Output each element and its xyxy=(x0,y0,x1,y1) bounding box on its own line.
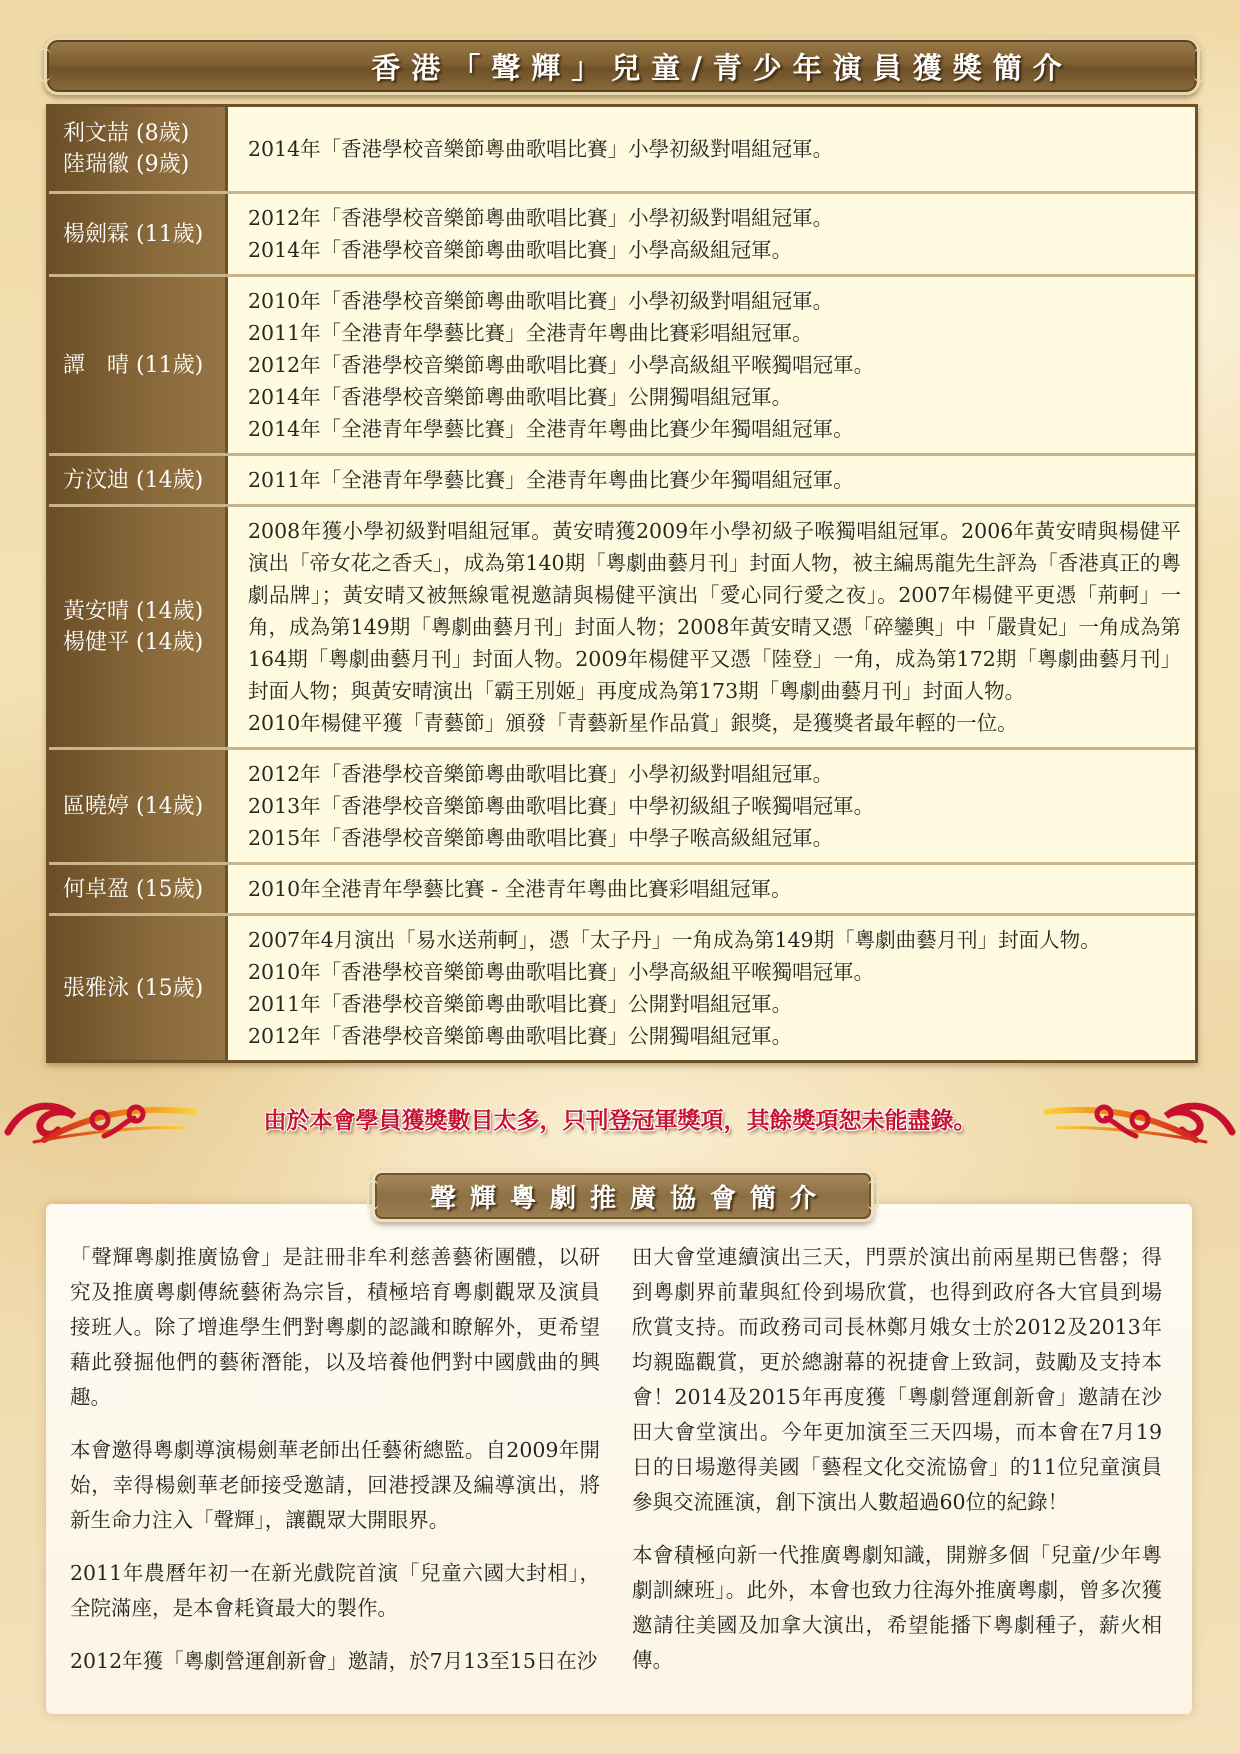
performer-name: 譚 晴 (11歲) xyxy=(63,350,225,381)
table-row: 譚 晴 (11歲) 2010年「香港學校音樂節粵曲歌唱比賽」小學初級對唱組冠軍。… xyxy=(49,274,1195,453)
table-row: 區曉婷 (14歲) 2012年「香港學校音樂節粵曲歌唱比賽」小學初級對唱組冠軍。… xyxy=(49,747,1195,862)
table-row: 黃安晴 (14歲) 楊健平 (14歲) 2008年獲小學初級對唱組冠軍。黃安晴獲… xyxy=(49,504,1195,747)
performer-name: 利文喆 (8歲) xyxy=(63,118,225,149)
award-list-cell: 2010年全港青年學藝比賽 - 全港青年粵曲比賽彩唱組冠軍。 xyxy=(225,865,1195,913)
notice-banner: 由於本會學員獲獎數目太多，只刊登冠軍獎項，其餘獎項恕未能盡錄。 xyxy=(0,1090,1240,1146)
performer-name: 方汶迪 (14歲) xyxy=(63,465,225,496)
award-item: 2014年「香港學校音樂節粵曲歌唱比賽」公開獨唱組冠軍。 xyxy=(248,381,1181,413)
award-item: 2012年「香港學校音樂節粵曲歌唱比賽」小學初級對唱組冠軍。 xyxy=(248,758,1181,790)
award-item: 2014年「香港學校音樂節粵曲歌唱比賽」小學高級組冠軍。 xyxy=(248,234,1181,266)
awards-title-banner: 香港「聲輝」兒童/青少年演員獲獎簡介 xyxy=(44,37,1200,95)
about-column-right: 田大會堂連續演出三天，門票於演出前兩星期已售罄；得到粵劇界前輩與紅伶到場欣賞，也… xyxy=(632,1240,1162,1696)
performer-name: 楊劍霖 (11歲) xyxy=(63,219,225,250)
table-row: 楊劍霖 (11歲) 2012年「香港學校音樂節粵曲歌唱比賽」小學初級對唱組冠軍。… xyxy=(49,191,1195,274)
about-paragraph: 本會邀得粵劇導演楊劍華老師出任藝術總監。自2009年開始，幸得楊劍華老師接受邀請… xyxy=(70,1433,600,1538)
table-row: 何卓盈 (15歲) 2010年全港青年學藝比賽 - 全港青年粵曲比賽彩唱組冠軍。 xyxy=(49,862,1195,913)
award-list-cell: 2012年「香港學校音樂節粵曲歌唱比賽」小學初級對唱組冠軍。 2013年「香港學… xyxy=(225,750,1195,862)
award-list-cell: 2008年獲小學初級對唱組冠軍。黃安晴獲2009年小學初級子喉獨唱組冠軍。200… xyxy=(225,507,1195,747)
award-item: 2015年「香港學校音樂節粵曲歌唱比賽」中學子喉高級組冠軍。 xyxy=(248,822,1181,854)
award-list-cell: 2014年「香港學校音樂節粵曲歌唱比賽」小學初級對唱組冠軍。 xyxy=(225,107,1195,191)
award-item: 2013年「香港學校音樂節粵曲歌唱比賽」中學初級組子喉獨唱冠軍。 xyxy=(248,790,1181,822)
performer-name-cell: 譚 晴 (11歲) xyxy=(49,277,225,453)
about-column-left: 「聲輝粵劇推廣協會」是註冊非牟利慈善藝術團體，以研究及推廣粵劇傳統藝術為宗旨，積… xyxy=(70,1240,600,1697)
award-list-cell: 2007年4月演出「易水送荊軻」，憑「太子丹」一角成為第149期「粵劇曲藝月刊」… xyxy=(225,916,1195,1060)
section-title: 聲輝粵劇推廣協會簡介 xyxy=(416,1178,830,1215)
performer-name-cell: 張雅泳 (15歲) xyxy=(49,916,225,1060)
notice-text: 由於本會學員獲獎數目太多，只刊登冠軍獎項，其餘獎項恕未能盡錄。 xyxy=(264,1102,977,1135)
performer-name-cell: 方汶迪 (14歲) xyxy=(49,456,225,504)
award-item: 2010年「香港學校音樂節粵曲歌唱比賽」小學高級組平喉獨唱冠軍。 xyxy=(248,956,1181,988)
performer-name: 區曉婷 (14歲) xyxy=(63,791,225,822)
performer-name-cell: 利文喆 (8歲) 陸瑞徽 (9歲) xyxy=(49,107,225,191)
performer-name-cell: 黃安晴 (14歲) 楊健平 (14歲) xyxy=(49,507,225,747)
about-paragraph: 本會積極向新一代推廣粵劇知識，開辦多個「兒童/少年粵劇訓練班」。此外，本會也致力… xyxy=(632,1538,1162,1678)
auspicious-cloud-icon xyxy=(4,1092,204,1146)
performer-name: 何卓盈 (15歲) xyxy=(63,874,225,905)
about-paragraph: 2012年獲「粵劇營運創新會」邀請，於7月13至15日在沙 xyxy=(70,1644,600,1679)
award-item: 2014年「香港學校音樂節粵曲歌唱比賽」小學初級對唱組冠軍。 xyxy=(248,133,1181,165)
award-item: 2014年「全港青年學藝比賽」全港青年粵曲比賽少年獨唱組冠軍。 xyxy=(248,413,1181,445)
award-item: 2010年楊健平獲「青藝節」頒發「青藝新星作品賞」銀獎，是獲獎者最年輕的一位。 xyxy=(248,707,1181,739)
about-paragraph: 「聲輝粵劇推廣協會」是註冊非牟利慈善藝術團體，以研究及推廣粵劇傳統藝術為宗旨，積… xyxy=(70,1240,600,1415)
table-row: 利文喆 (8歲) 陸瑞徽 (9歲) 2014年「香港學校音樂節粵曲歌唱比賽」小學… xyxy=(49,107,1195,191)
performer-name: 楊健平 (14歲) xyxy=(63,627,225,658)
award-item: 2008年獲小學初級對唱組冠軍。黃安晴獲2009年小學初級子喉獨唱組冠軍。200… xyxy=(248,515,1181,707)
about-paragraph: 2011年農曆年初一在新光戲院首演「兒童六國大封相」，全院滿座，是本會耗資最大的… xyxy=(70,1556,600,1626)
awards-table: 利文喆 (8歲) 陸瑞徽 (9歲) 2014年「香港學校音樂節粵曲歌唱比賽」小學… xyxy=(46,104,1198,1063)
auspicious-cloud-icon xyxy=(1036,1092,1236,1146)
table-row: 張雅泳 (15歲) 2007年4月演出「易水送荊軻」，憑「太子丹」一角成為第14… xyxy=(49,913,1195,1060)
performer-name-cell: 楊劍霖 (11歲) xyxy=(49,194,225,274)
award-item: 2011年「全港青年學藝比賽」全港青年粵曲比賽少年獨唱組冠軍。 xyxy=(248,464,1181,496)
about-panel: 「聲輝粵劇推廣協會」是註冊非牟利慈善藝術團體，以研究及推廣粵劇傳統藝術為宗旨，積… xyxy=(46,1204,1192,1714)
award-list-cell: 2010年「香港學校音樂節粵曲歌唱比賽」小學初級對唱組冠軍。 2011年「全港青… xyxy=(225,277,1195,453)
award-item: 2011年「全港青年學藝比賽」全港青年粵曲比賽彩唱組冠軍。 xyxy=(248,317,1181,349)
performer-name: 黃安晴 (14歲) xyxy=(63,596,225,627)
award-item: 2010年全港青年學藝比賽 - 全港青年粵曲比賽彩唱組冠軍。 xyxy=(248,873,1181,905)
table-row: 方汶迪 (14歲) 2011年「全港青年學藝比賽」全港青年粵曲比賽少年獨唱組冠軍… xyxy=(49,453,1195,504)
about-paragraph: 田大會堂連續演出三天，門票於演出前兩星期已售罄；得到粵劇界前輩與紅伶到場欣賞，也… xyxy=(632,1240,1162,1520)
performer-name-cell: 區曉婷 (14歲) xyxy=(49,750,225,862)
performer-name: 陸瑞徽 (9歲) xyxy=(63,149,225,180)
award-list-cell: 2012年「香港學校音樂節粵曲歌唱比賽」小學初級對唱組冠軍。 2014年「香港學… xyxy=(225,194,1195,274)
performer-name-cell: 何卓盈 (15歲) xyxy=(49,865,225,913)
award-item: 2011年「香港學校音樂節粵曲歌唱比賽」公開對唱組冠軍。 xyxy=(248,988,1181,1020)
award-item: 2007年4月演出「易水送荊軻」，憑「太子丹」一角成為第149期「粵劇曲藝月刊」… xyxy=(248,924,1181,956)
award-item: 2010年「香港學校音樂節粵曲歌唱比賽」小學初級對唱組冠軍。 xyxy=(248,285,1181,317)
award-item: 2012年「香港學校音樂節粵曲歌唱比賽」小學高級組平喉獨唱冠軍。 xyxy=(248,349,1181,381)
about-title-banner: 聲輝粵劇推廣協會簡介 xyxy=(372,1170,874,1222)
page-title: 香港「聲輝」兒童/青少年演員獲獎簡介 xyxy=(171,46,1073,87)
award-item: 2012年「香港學校音樂節粵曲歌唱比賽」小學初級對唱組冠軍。 xyxy=(248,202,1181,234)
award-item: 2012年「香港學校音樂節粵曲歌唱比賽」公開獨唱組冠軍。 xyxy=(248,1020,1181,1052)
performer-name: 張雅泳 (15歲) xyxy=(63,973,225,1004)
award-list-cell: 2011年「全港青年學藝比賽」全港青年粵曲比賽少年獨唱組冠軍。 xyxy=(225,456,1195,504)
